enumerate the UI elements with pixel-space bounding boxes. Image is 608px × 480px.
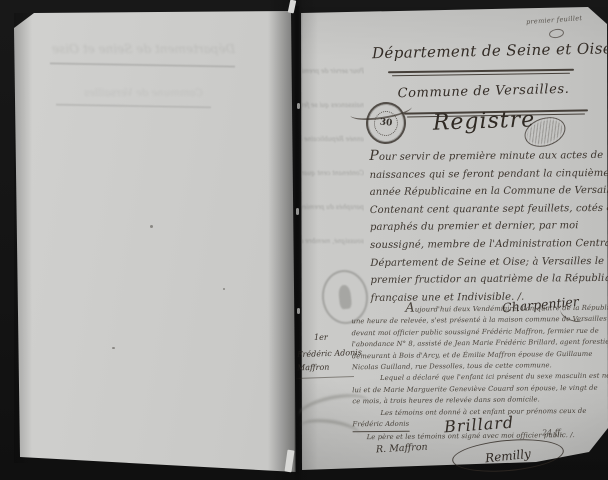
- binding-gutter: [295, 6, 299, 474]
- intro-line: Pour servir de première minute aux actes…: [369, 146, 595, 167]
- bleedthrough-text: paraphés du premier et dernier, par moi: [302, 191, 364, 225]
- paper-speck: [150, 225, 153, 228]
- intro-line: soussigné, membre de l'Administration Ce…: [370, 235, 596, 255]
- paper-speck: [112, 347, 115, 349]
- intro-line: naissances qui se feront pendant la cinq…: [369, 165, 595, 185]
- bleedthrough-rule-1: [50, 62, 235, 67]
- binding-stitch-dot: [297, 308, 300, 314]
- intro-line: premier fructidor an quatrième de la Rép…: [370, 270, 596, 290]
- paper-speck: [223, 288, 225, 290]
- bleedthrough-text: année Républicaine en la Commune de Vers…: [302, 123, 364, 157]
- right-page-bleedthrough: Pour servir de première minute aux actes…: [302, 55, 364, 305]
- bleedthrough-rule-2: [56, 104, 211, 108]
- child-name-underlined: Frédéric Adonis: [352, 419, 409, 432]
- intro-line: Département de Seine et Oise; à Versaill…: [370, 253, 596, 273]
- margin-entry-name-line2: Maffron: [297, 363, 330, 373]
- intro-line: année Républicaine en la Commune de Vers…: [370, 182, 596, 202]
- left-page-edge-shadow: [14, 13, 40, 463]
- signature-remilly: Remilly: [484, 446, 531, 465]
- margin-entry-number: 1er: [314, 333, 328, 342]
- bleedthrough-text: Contenant cent quarante sept feuillets, …: [302, 157, 364, 191]
- intro-paragraph: Pour servir de première minute aux actes…: [369, 146, 596, 307]
- bleedthrough-text: Pour servir de première minute aux actes…: [302, 55, 364, 89]
- fee-stamp-value: 30: [379, 117, 393, 128]
- binding-stitch-dot: [297, 103, 300, 109]
- bleedthrough-heading: Département de Seine et Oise: [52, 42, 235, 56]
- document-scan: Département de Seine et Oise Commune de …: [0, 0, 608, 480]
- clerk-annotation: 24 ff.: [542, 428, 563, 438]
- binding-stitch-dot: [296, 208, 299, 215]
- bleedthrough-text: soussigné, membre de l'Administration Ce…: [302, 225, 364, 259]
- fee-stamp-inner-ring: 30: [373, 109, 399, 136]
- bleedthrough-subheading: Commune de Versailles: [84, 88, 203, 99]
- intro-line: paraphés du premier et dernier, par moi: [370, 217, 596, 237]
- registre-title: Registre: [428, 107, 541, 136]
- intro-line: Contenant cent quarante sept feuillets, …: [370, 200, 596, 220]
- stamp-figure: [338, 284, 352, 309]
